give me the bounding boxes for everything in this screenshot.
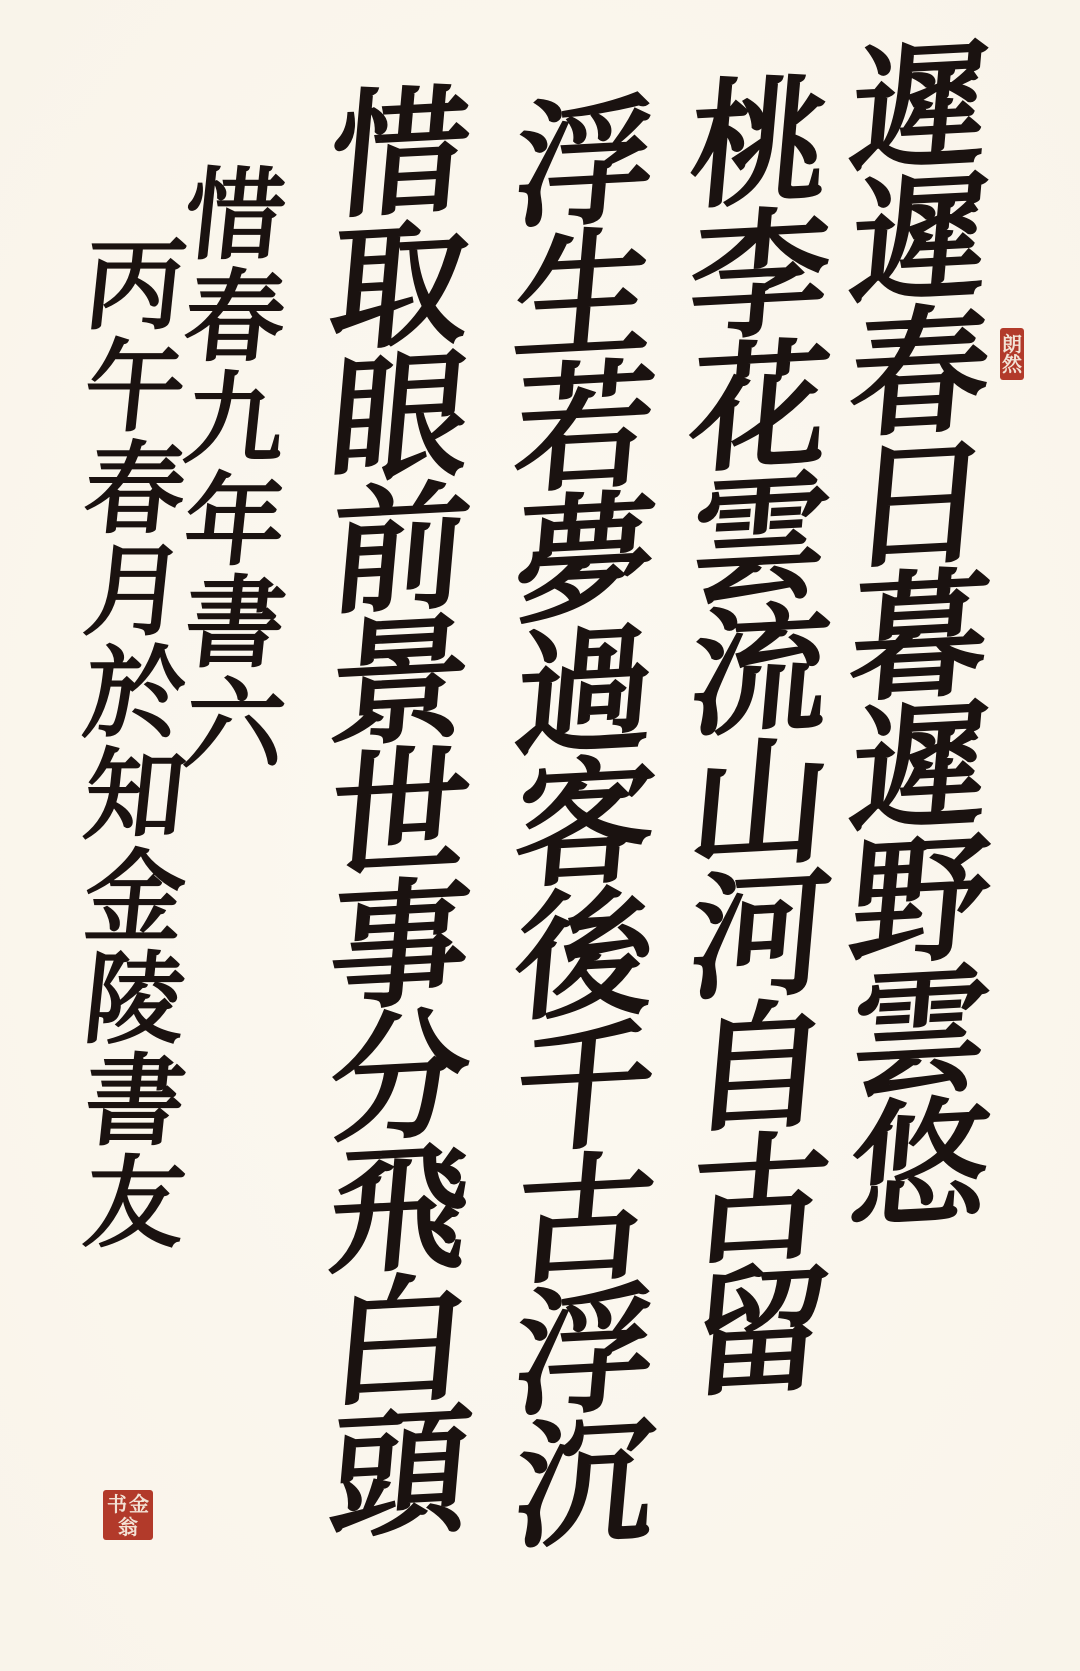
inscription-character: 春 bbox=[180, 267, 291, 367]
calligraphy-column-4: 惜取眼前景世事分飛白頭 bbox=[320, 85, 480, 1537]
inscription-character: 陵 bbox=[80, 949, 191, 1049]
inscription-character: 九 bbox=[180, 369, 291, 469]
seal-character: 朗 bbox=[1002, 334, 1022, 354]
seal-character: 书 bbox=[106, 1494, 128, 1514]
inscription-character: 月 bbox=[80, 541, 191, 641]
inscription-character: 午 bbox=[80, 337, 191, 437]
inscription-character: 春 bbox=[80, 439, 191, 539]
inscription-character: 書 bbox=[80, 1051, 191, 1151]
inscription-character: 惜 bbox=[180, 165, 291, 265]
inscription-character: 知 bbox=[80, 745, 191, 845]
calligraphy-character: 沉 bbox=[509, 1411, 660, 1556]
inscription-character: 書 bbox=[180, 573, 291, 673]
seal-bottom: 书金翁 bbox=[103, 1490, 153, 1540]
seal-character: 翁 bbox=[117, 1517, 139, 1537]
inscription-column-1: 惜春九年書六 bbox=[180, 165, 290, 777]
inscription-column-2: 丙午春月於知金陵書友 bbox=[75, 235, 195, 1255]
inscription-character: 友 bbox=[80, 1153, 191, 1253]
calligraphy-column-1: 遲遲春日暮遲野雲悠 bbox=[840, 40, 1000, 1228]
seal-character: 然 bbox=[1002, 354, 1022, 374]
calligraphy-column-2: 桃李花雲流山河自古留 bbox=[680, 75, 840, 1395]
seal-character: 金 bbox=[128, 1494, 150, 1514]
inscription-character: 丙 bbox=[80, 235, 191, 335]
inscription-character: 年 bbox=[180, 471, 291, 571]
calligraphy-column-3: 浮生若夢過客後千古浮沉 bbox=[505, 95, 665, 1547]
calligraphy-character: 留 bbox=[684, 1259, 835, 1404]
seal-top: 朗然 bbox=[1000, 328, 1024, 380]
inscription-character: 金 bbox=[80, 847, 191, 947]
calligraphy-character: 頭 bbox=[324, 1401, 475, 1546]
inscription-character: 六 bbox=[180, 675, 291, 775]
calligraphy-character: 悠 bbox=[844, 1092, 995, 1237]
inscription-character: 於 bbox=[80, 643, 191, 743]
